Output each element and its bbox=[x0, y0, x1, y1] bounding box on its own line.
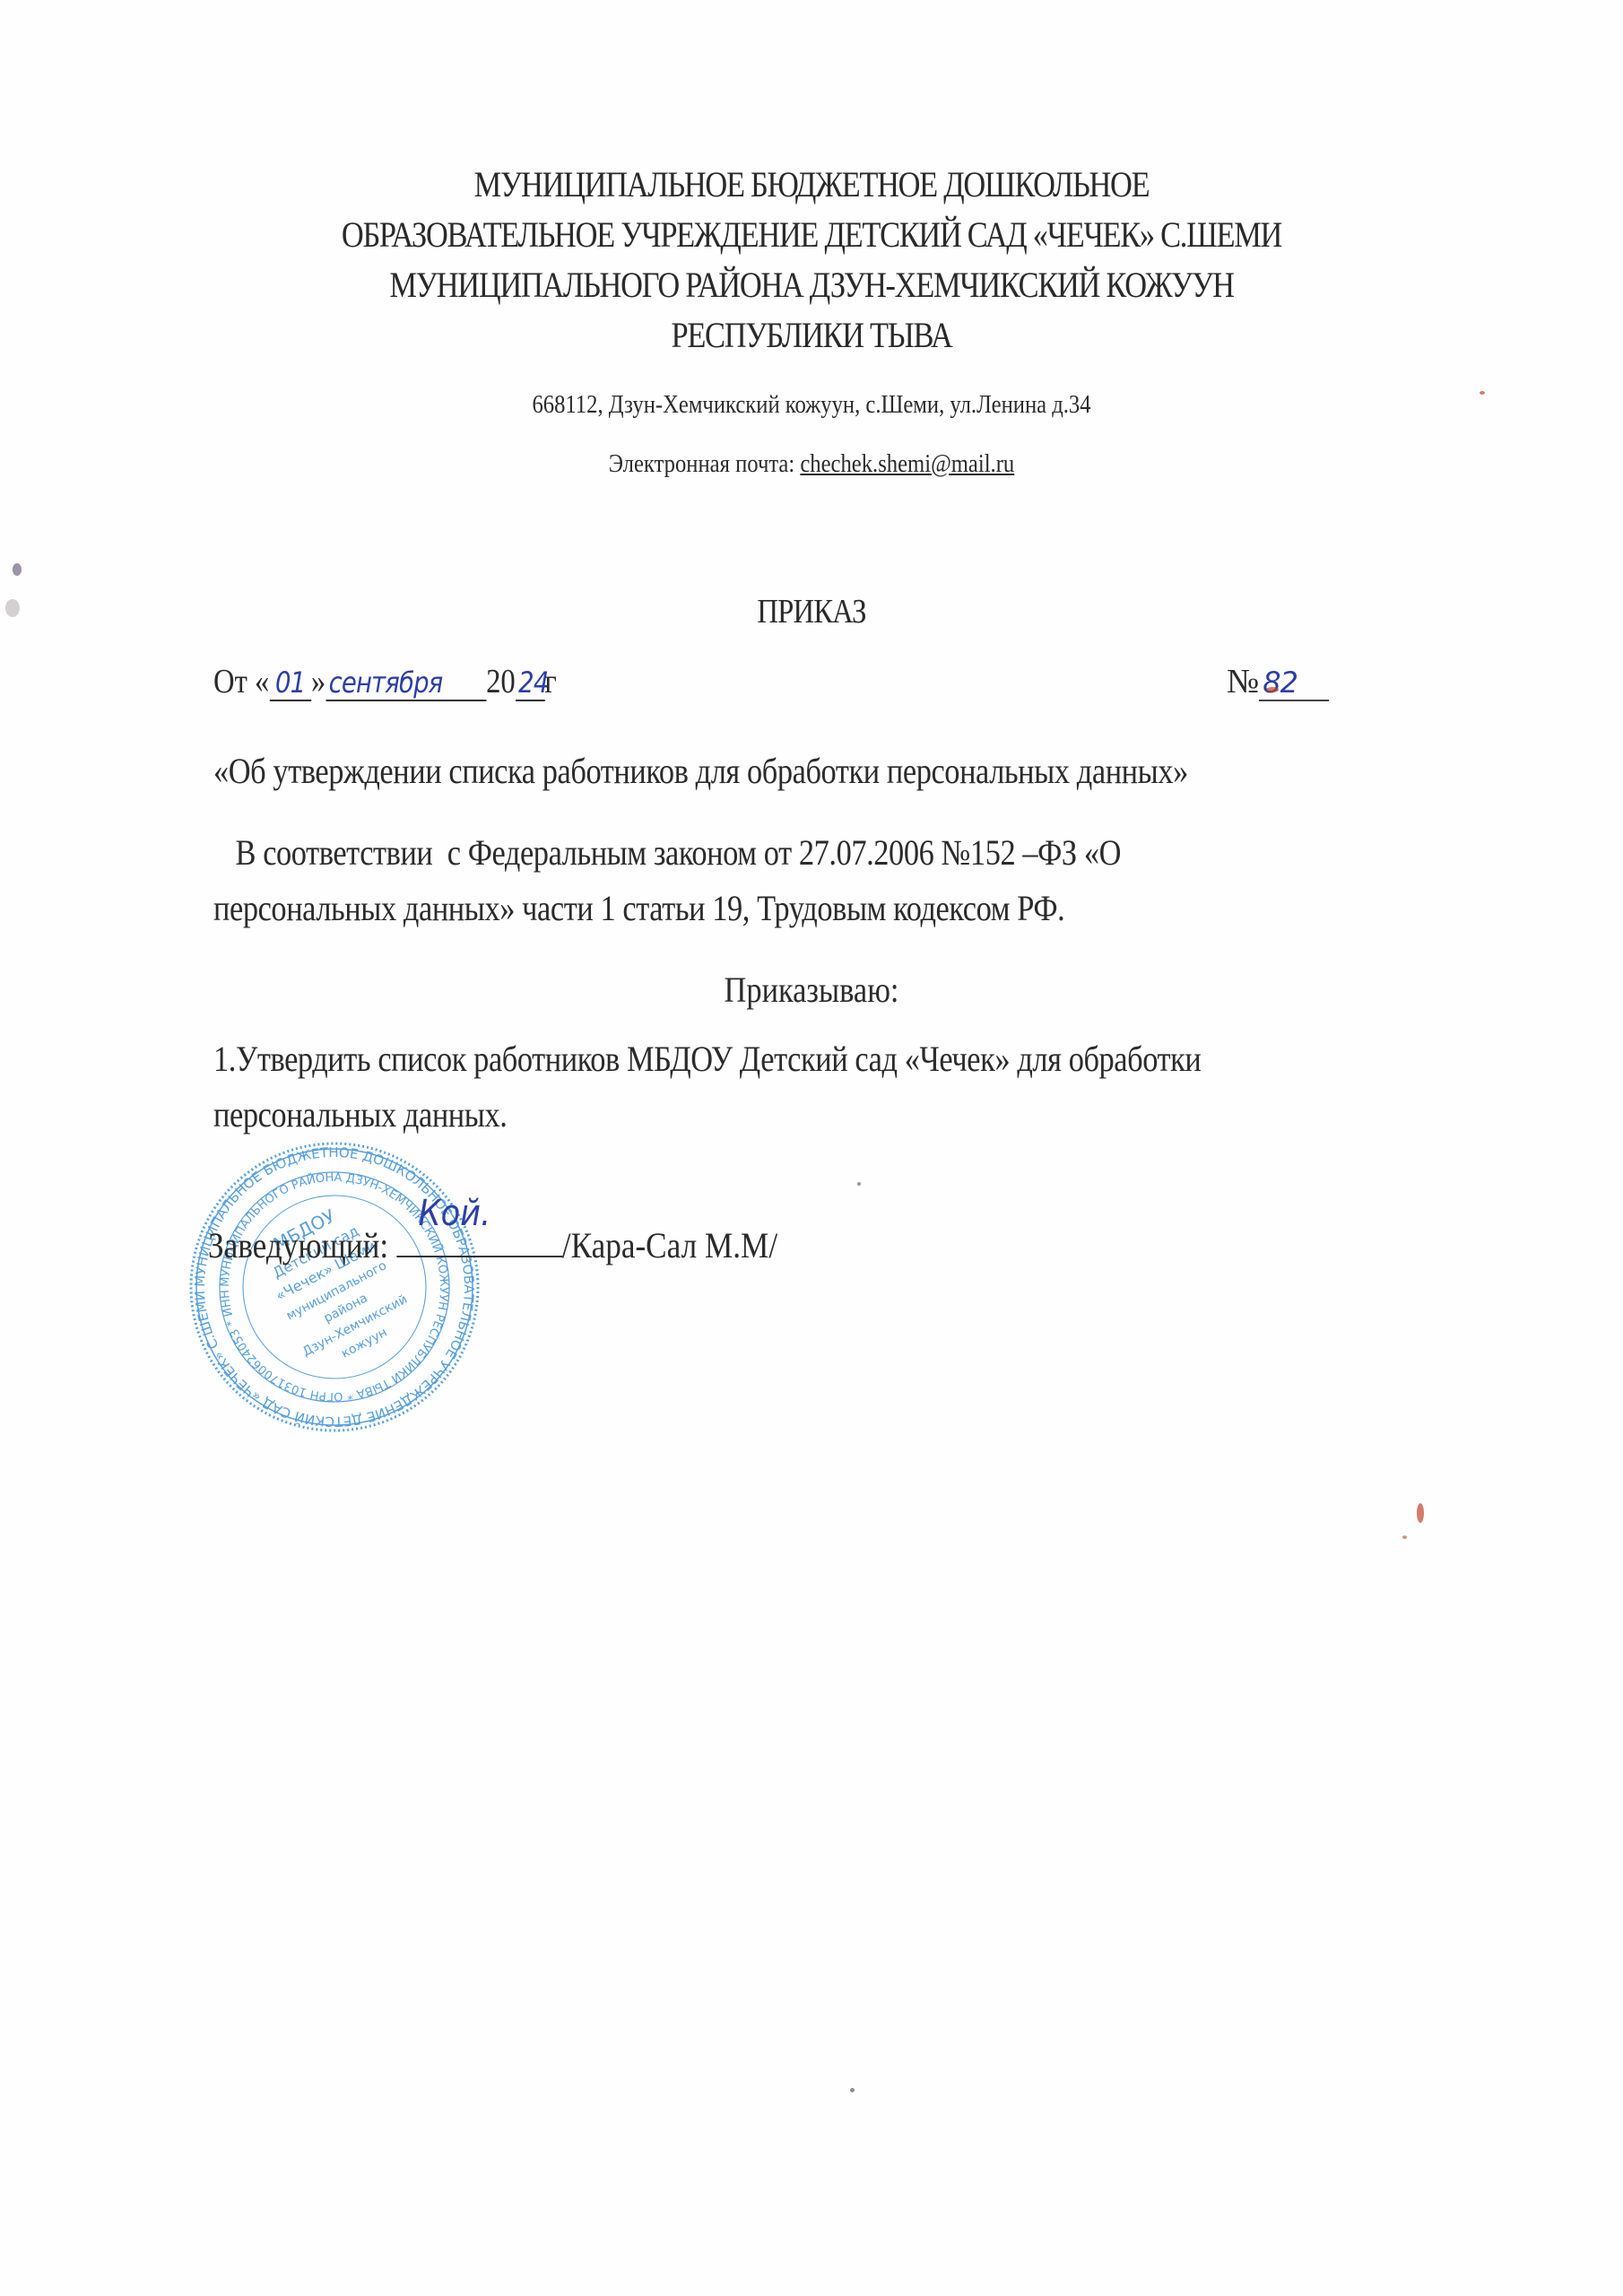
date-mid: » bbox=[311, 663, 325, 700]
signature-block: Заведующий: Кой. /Кара-Сал М.М/ bbox=[208, 1223, 777, 1266]
org-name-line-4: РЕСПУБЛИКИ ТЫВА bbox=[114, 310, 1510, 361]
signatory-position: Заведующий: bbox=[208, 1225, 388, 1265]
handwritten-month: сентября bbox=[325, 665, 486, 701]
scan-artifact bbox=[1402, 1535, 1407, 1539]
order-item-1-line-2: персональных данных. bbox=[213, 1087, 1201, 1143]
official-stamp-icon: МУНИЦИПАЛЬНОЕ БЮДЖЕТНОЕ ДОШКОЛЬНОЕ ОБРАЗ… bbox=[187, 1139, 482, 1435]
order-number: №82 bbox=[1227, 662, 1329, 701]
number-label: № bbox=[1227, 663, 1259, 700]
handwritten-number: 82 bbox=[1259, 665, 1329, 701]
legal-basis-paragraph: В соответствии с Федеральным законом от … bbox=[213, 825, 1478, 936]
legal-basis-line-2: персональных данных» части 1 статьи 19, … bbox=[213, 881, 1478, 936]
handwritten-year: 24 bbox=[516, 665, 545, 701]
legal-basis-line-1: В соответствии с Федеральным законом от … bbox=[213, 825, 1478, 881]
date-prefix: От « bbox=[213, 663, 269, 700]
document-page: МУНИЦИПАЛЬНОЕ БЮДЖЕТНОЕ ДОШКОЛЬНОЕ ОБРАЗ… bbox=[0, 0, 1623, 2296]
order-item-1: 1.Утвердить список работников МБДОУ Детс… bbox=[213, 1031, 1201, 1143]
scan-artifact bbox=[857, 1182, 861, 1186]
signatory-name: /Кара-Сал М.М/ bbox=[562, 1225, 777, 1265]
email-line: Электронная почта: chechek.shemi@mail.ru bbox=[98, 450, 1526, 479]
signature-line: Кой. bbox=[396, 1223, 562, 1257]
order-subject: «Об утверждении списка работников для об… bbox=[213, 750, 1188, 792]
scan-artifact bbox=[1480, 391, 1485, 395]
scan-artifact bbox=[5, 599, 20, 617]
order-item-1-line-1: 1.Утвердить список работников МБДОУ Детс… bbox=[213, 1031, 1201, 1087]
postal-address: 668112, Дзун-Хемчикский кожуун, с.Шеми, … bbox=[98, 391, 1526, 420]
email-link[interactable]: chechek.shemi@mail.ru bbox=[800, 450, 1014, 478]
org-name-line-3: МУНИЦИПАЛЬНОГО РАЙОНА ДЗУН-ХЕМЧИКСКИЙ КО… bbox=[114, 260, 1510, 310]
year-prefix: 20 bbox=[486, 663, 516, 700]
year-end: г bbox=[544, 663, 556, 700]
scan-artifact bbox=[1417, 1503, 1424, 1523]
org-name-line-1: МУНИЦИПАЛЬНОЕ БЮДЖЕТНОЕ ДОШКОЛЬНОЕ bbox=[114, 160, 1510, 210]
order-title: ПРИКАЗ bbox=[114, 592, 1510, 631]
org-name-line-2: ОБРАЗОВАТЕЛЬНОЕ УЧРЕЖДЕНИЕ ДЕТСКИЙ САД «… bbox=[114, 210, 1510, 260]
handwritten-signature: Кой. bbox=[419, 1193, 491, 1234]
email-label: Электронная почта: bbox=[609, 450, 801, 478]
directive-word: Приказываю: bbox=[114, 969, 1510, 1011]
scan-artifact bbox=[1266, 687, 1279, 692]
letterhead: МУНИЦИПАЛЬНОЕ БЮДЖЕТНОЕ ДОШКОЛЬНОЕ ОБРАЗ… bbox=[0, 160, 1623, 361]
order-date: От «01»сентября2024г bbox=[213, 662, 557, 701]
handwritten-day: 01 bbox=[269, 665, 310, 701]
scan-artifact bbox=[13, 563, 22, 576]
scan-artifact bbox=[850, 2088, 855, 2092]
